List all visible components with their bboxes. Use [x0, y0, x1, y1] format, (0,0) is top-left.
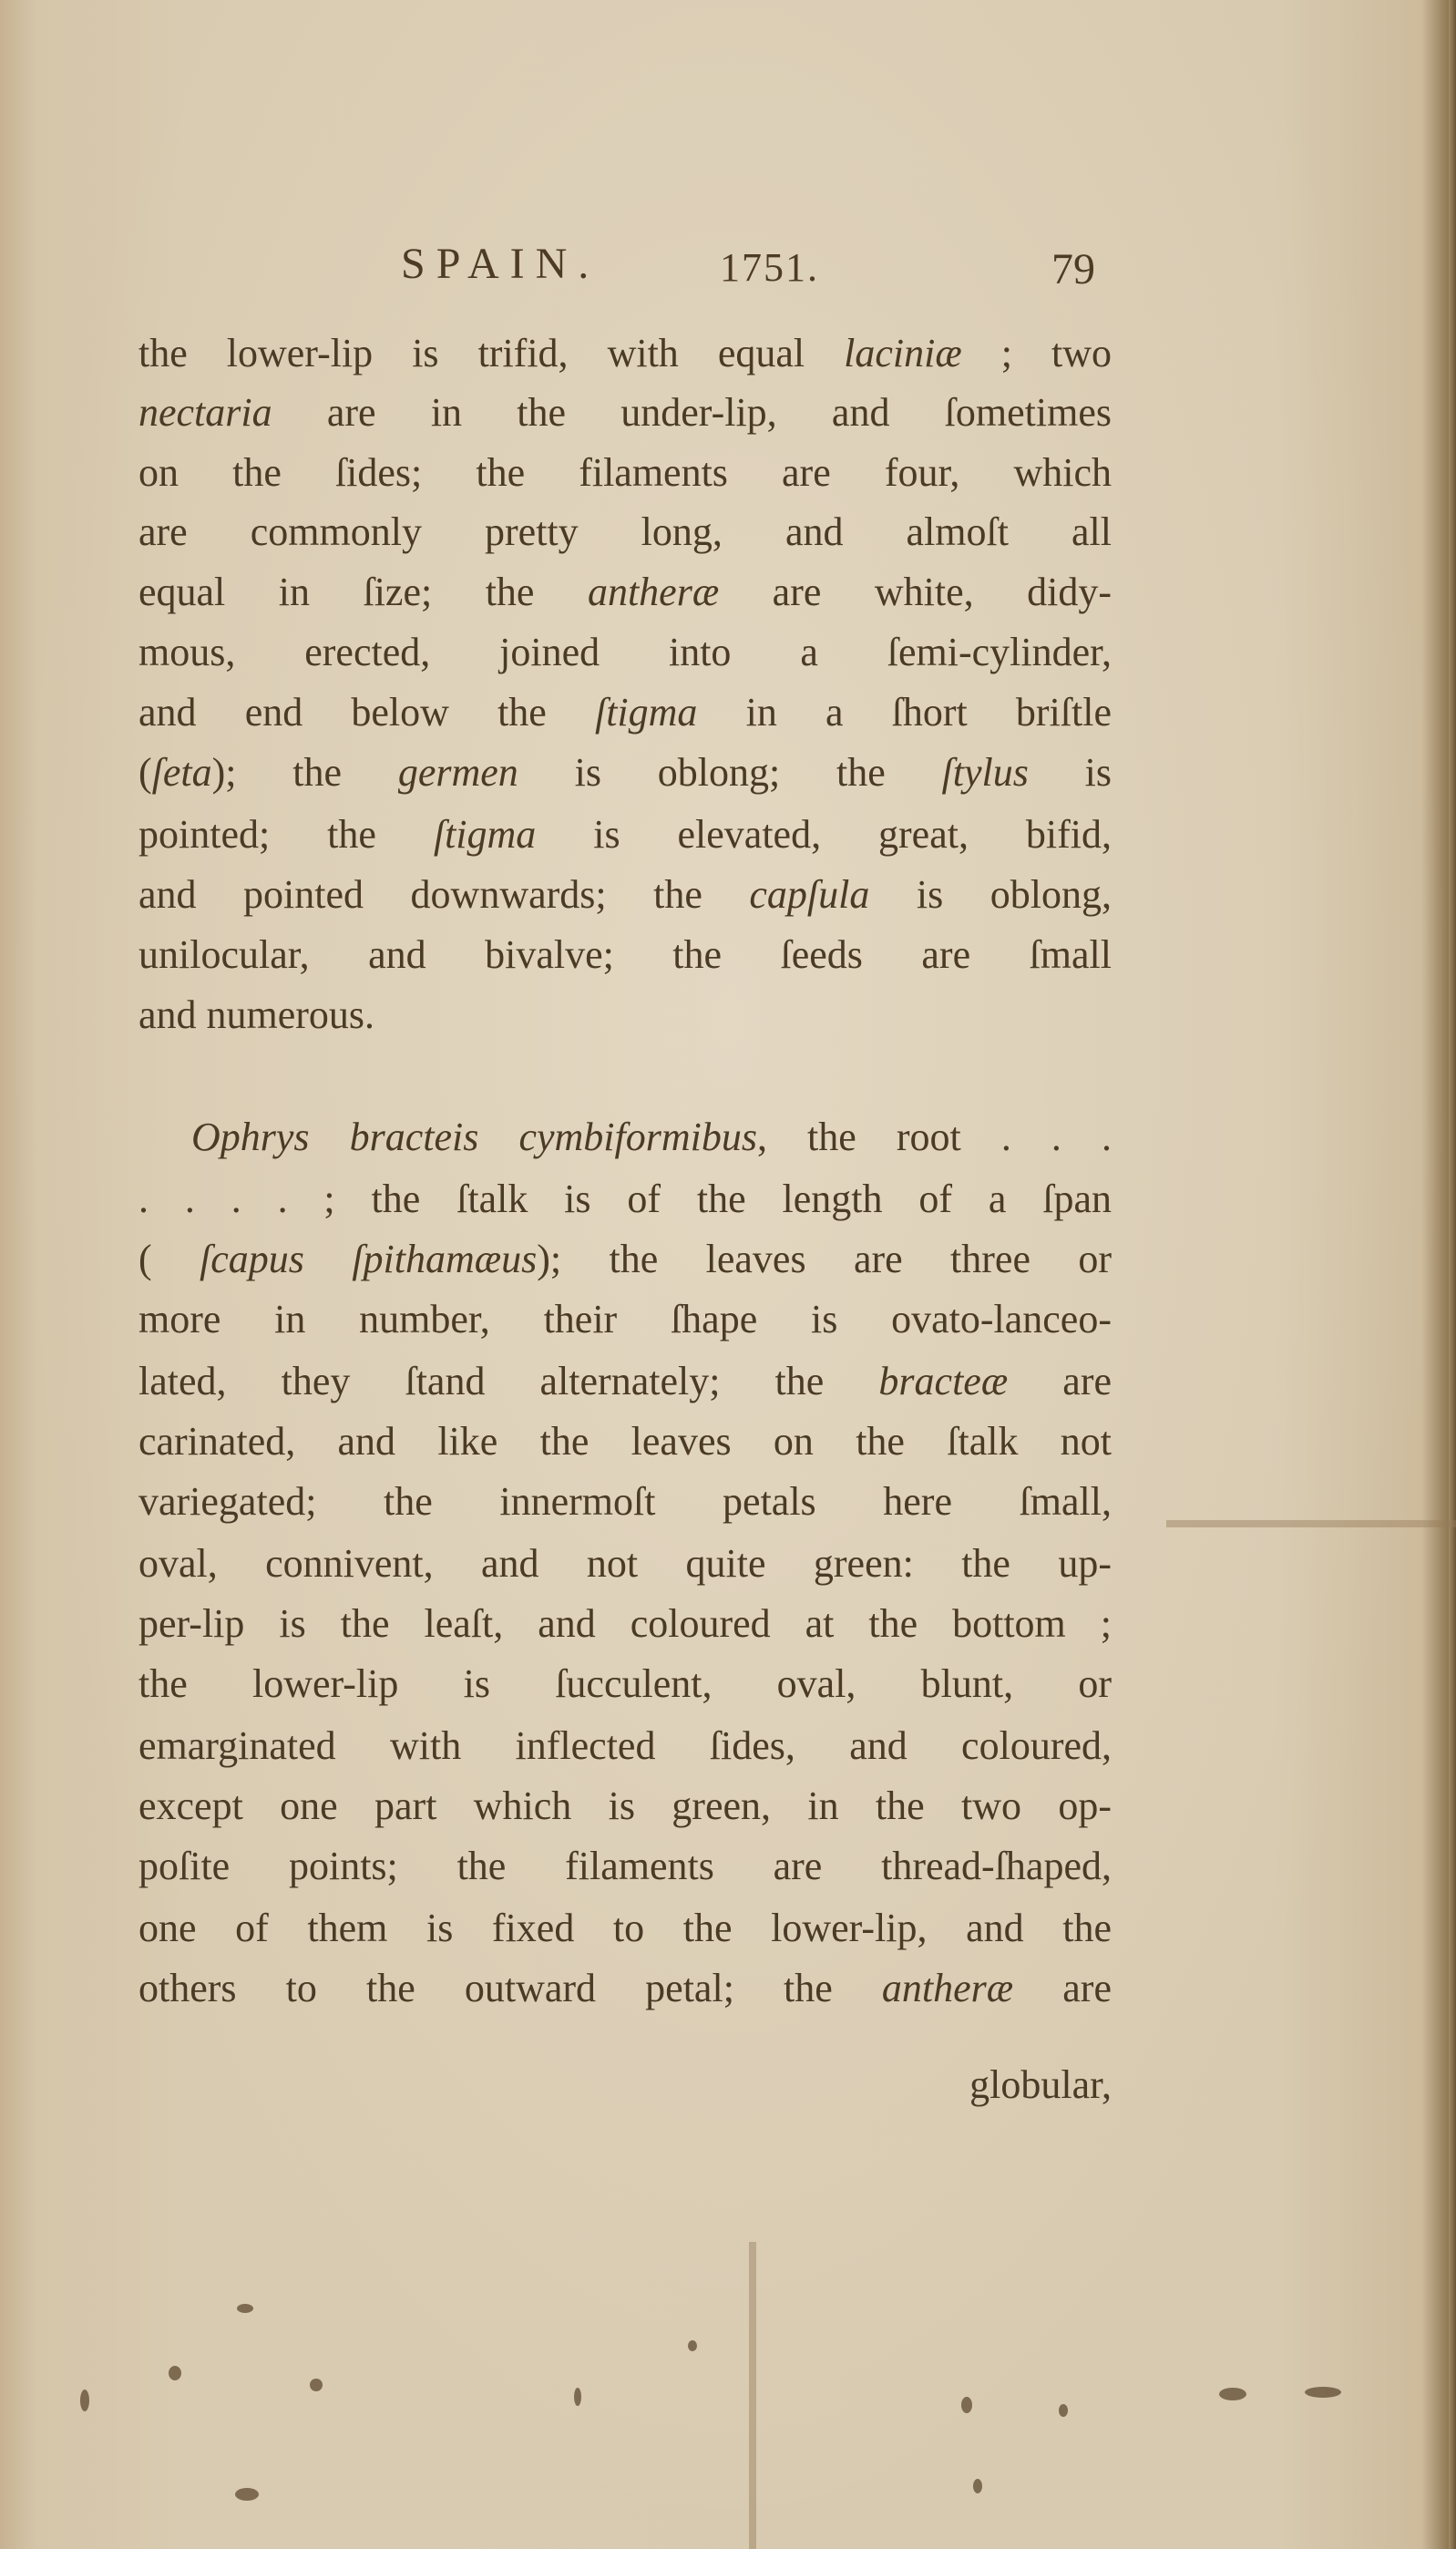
- italic-term: ſtylus: [942, 750, 1029, 795]
- italic-term: antheræ: [588, 570, 719, 614]
- text-line: the lower-lip is ſucculent, oval, blunt,…: [138, 1660, 1112, 1711]
- text-run: in a ſhort briſtle: [697, 690, 1112, 735]
- text-run: ); the leaves are three or: [537, 1237, 1112, 1281]
- text-run: is oblong; the: [518, 750, 942, 795]
- text-run: poſite points; the filaments are thread-…: [138, 1844, 1112, 1888]
- wormhole-mark: [1059, 2404, 1068, 2417]
- text-line: ( ſcapus ſpithamæus); the leaves are thr…: [138, 1236, 1112, 1287]
- wormhole-mark: [973, 2479, 982, 2493]
- text-run: are white, didy-: [719, 570, 1112, 614]
- text-run: equal in ſize; the: [138, 570, 588, 614]
- text-line: and numerous.: [138, 992, 1112, 1043]
- text-run: ; two: [962, 331, 1112, 375]
- text-line: nectaria are in the under-lip, and ſomet…: [138, 389, 1112, 440]
- text-line: and pointed downwards; the capſula is ob…: [138, 871, 1112, 922]
- italic-term: antheræ: [882, 1966, 1013, 2010]
- text-run: are: [1013, 1966, 1112, 2010]
- wormhole-mark: [80, 2390, 89, 2411]
- wormhole-mark: [169, 2366, 181, 2380]
- text-line: one of them is fixed to the lower-lip, a…: [138, 1905, 1112, 1956]
- text-run: . . . . ; the ſtalk is of the length of …: [138, 1177, 1112, 1221]
- text-run: and pointed downwards; the: [138, 872, 749, 917]
- italic-term: Ophrys bracteis cymbiformibus: [191, 1115, 757, 1159]
- text-run: is oblong,: [869, 872, 1112, 917]
- italic-term: ſcapus ſpithamæus: [200, 1237, 537, 1281]
- text-run: are commonly pretty long, and almoſt all: [138, 509, 1112, 554]
- text-line: Ophrys bracteis cymbiformibus, the root …: [191, 1114, 1112, 1165]
- running-head: SPAIN. 1751. 79: [0, 239, 1456, 293]
- wormhole-mark: [237, 2304, 253, 2313]
- text-line: oval, connivent, and not quite green: th…: [138, 1540, 1112, 1591]
- italic-term: ſtigma: [595, 690, 697, 735]
- wormhole-mark: [688, 2340, 697, 2351]
- italic-term: ſeta: [152, 750, 212, 795]
- text-line: more in number, their ſhape is ovato-lan…: [138, 1296, 1112, 1347]
- text-run: (: [138, 1237, 200, 1281]
- paper-crease: [749, 2242, 756, 2549]
- text-line: except one part which is green, in the t…: [138, 1783, 1112, 1834]
- text-run: are: [1008, 1359, 1112, 1403]
- text-run: and numerous.: [138, 992, 374, 1037]
- running-head-year: 1751.: [720, 244, 819, 291]
- text-line: equal in ſize; the antheræ are white, di…: [138, 569, 1112, 620]
- text-line: poſite points; the filaments are thread-…: [138, 1843, 1112, 1894]
- text-line: on the ſides; the filaments are four, wh…: [138, 449, 1112, 500]
- text-run: variegated; the innermoſt petals here ſm…: [138, 1479, 1112, 1524]
- text-line: the lower-lip is trifid, with equal laci…: [138, 330, 1112, 381]
- text-line: (ſeta); the germen is oblong; the ſtylus…: [138, 749, 1112, 800]
- catchword: globular,: [138, 2061, 1112, 2112]
- paper-crease: [1166, 1520, 1456, 1527]
- wormhole-mark: [961, 2397, 972, 2413]
- italic-term: germen: [398, 750, 518, 795]
- text-run: carinated, and like the leaves on the ſt…: [138, 1419, 1112, 1464]
- text-line: are commonly pretty long, and almoſt all: [138, 509, 1112, 560]
- text-run: ); the: [212, 750, 398, 795]
- page-edge-shadow: [1449, 0, 1456, 2549]
- text-run: and end below the: [138, 690, 595, 735]
- text-line: . . . . ; the ſtalk is of the length of …: [138, 1176, 1112, 1227]
- wormhole-mark: [310, 2379, 323, 2391]
- italic-term: capſula: [749, 872, 869, 917]
- text-run: the lower-lip is trifid, with equal: [138, 331, 844, 375]
- text-line: lated, they ſtand alternately; the bract…: [138, 1358, 1112, 1409]
- text-run: are in the under-lip, and ſometimes: [272, 390, 1112, 435]
- text-run: emarginated with inflected ſides, and co…: [138, 1723, 1112, 1768]
- text-run: more in number, their ſhape is ovato-lan…: [138, 1297, 1112, 1341]
- italic-term: nectaria: [138, 390, 272, 435]
- text-run: pointed; the: [138, 812, 434, 857]
- wormhole-mark: [235, 2488, 259, 2501]
- text-run: the lower-lip is ſucculent, oval, blunt,…: [138, 1661, 1112, 1706]
- text-run: except one part which is green, in the t…: [138, 1783, 1112, 1828]
- text-run: , the root . . .: [757, 1115, 1112, 1159]
- italic-term: ſtigma: [434, 812, 536, 857]
- text-line: others to the outward petal; the antheræ…: [138, 1965, 1112, 2016]
- text-run: lated, they ſtand alternately; the: [138, 1359, 878, 1403]
- text-run: on the ſides; the filaments are four, wh…: [138, 450, 1112, 495]
- italic-term: bracteæ: [878, 1359, 1008, 1403]
- text-line: pointed; the ſtigma is elevated, great, …: [138, 811, 1112, 862]
- text-line: per-lip is the leaſt, and coloured at th…: [138, 1600, 1112, 1651]
- text-line: unilocular, and bivalve; the ſeeds are ſ…: [138, 931, 1112, 982]
- text-run: others to the outward petal; the: [138, 1966, 882, 2010]
- text-run: mous, erected, joined into a ſemi-cylind…: [138, 630, 1112, 674]
- wormhole-mark: [574, 2388, 581, 2406]
- book-page: SPAIN. 1751. 79 the lower-lip is trifid,…: [0, 0, 1456, 2549]
- text-run: one of them is fixed to the lower-lip, a…: [138, 1906, 1112, 1950]
- italic-term: laciniæ: [844, 331, 962, 375]
- text-line: emarginated with inflected ſides, and co…: [138, 1722, 1112, 1773]
- text-line: variegated; the innermoſt petals here ſm…: [138, 1478, 1112, 1529]
- text-line: and end below the ſtigma in a ſhort briſ…: [138, 689, 1112, 740]
- wormhole-mark: [1305, 2387, 1341, 2398]
- text-line: mous, erected, joined into a ſemi-cylind…: [138, 629, 1112, 680]
- text-run: oval, connivent, and not quite green: th…: [138, 1541, 1112, 1586]
- wormhole-mark: [1219, 2388, 1246, 2400]
- text-run: is: [1029, 750, 1112, 795]
- text-run: unilocular, and bivalve; the ſeeds are ſ…: [138, 932, 1112, 977]
- page-number: 79: [1051, 244, 1095, 294]
- running-head-title: SPAIN.: [401, 239, 600, 289]
- text-run: is elevated, great, bifid,: [536, 812, 1112, 857]
- text-run: per-lip is the leaſt, and coloured at th…: [138, 1601, 1112, 1646]
- text-line: carinated, and like the leaves on the ſt…: [138, 1418, 1112, 1469]
- text-run: (: [138, 750, 152, 795]
